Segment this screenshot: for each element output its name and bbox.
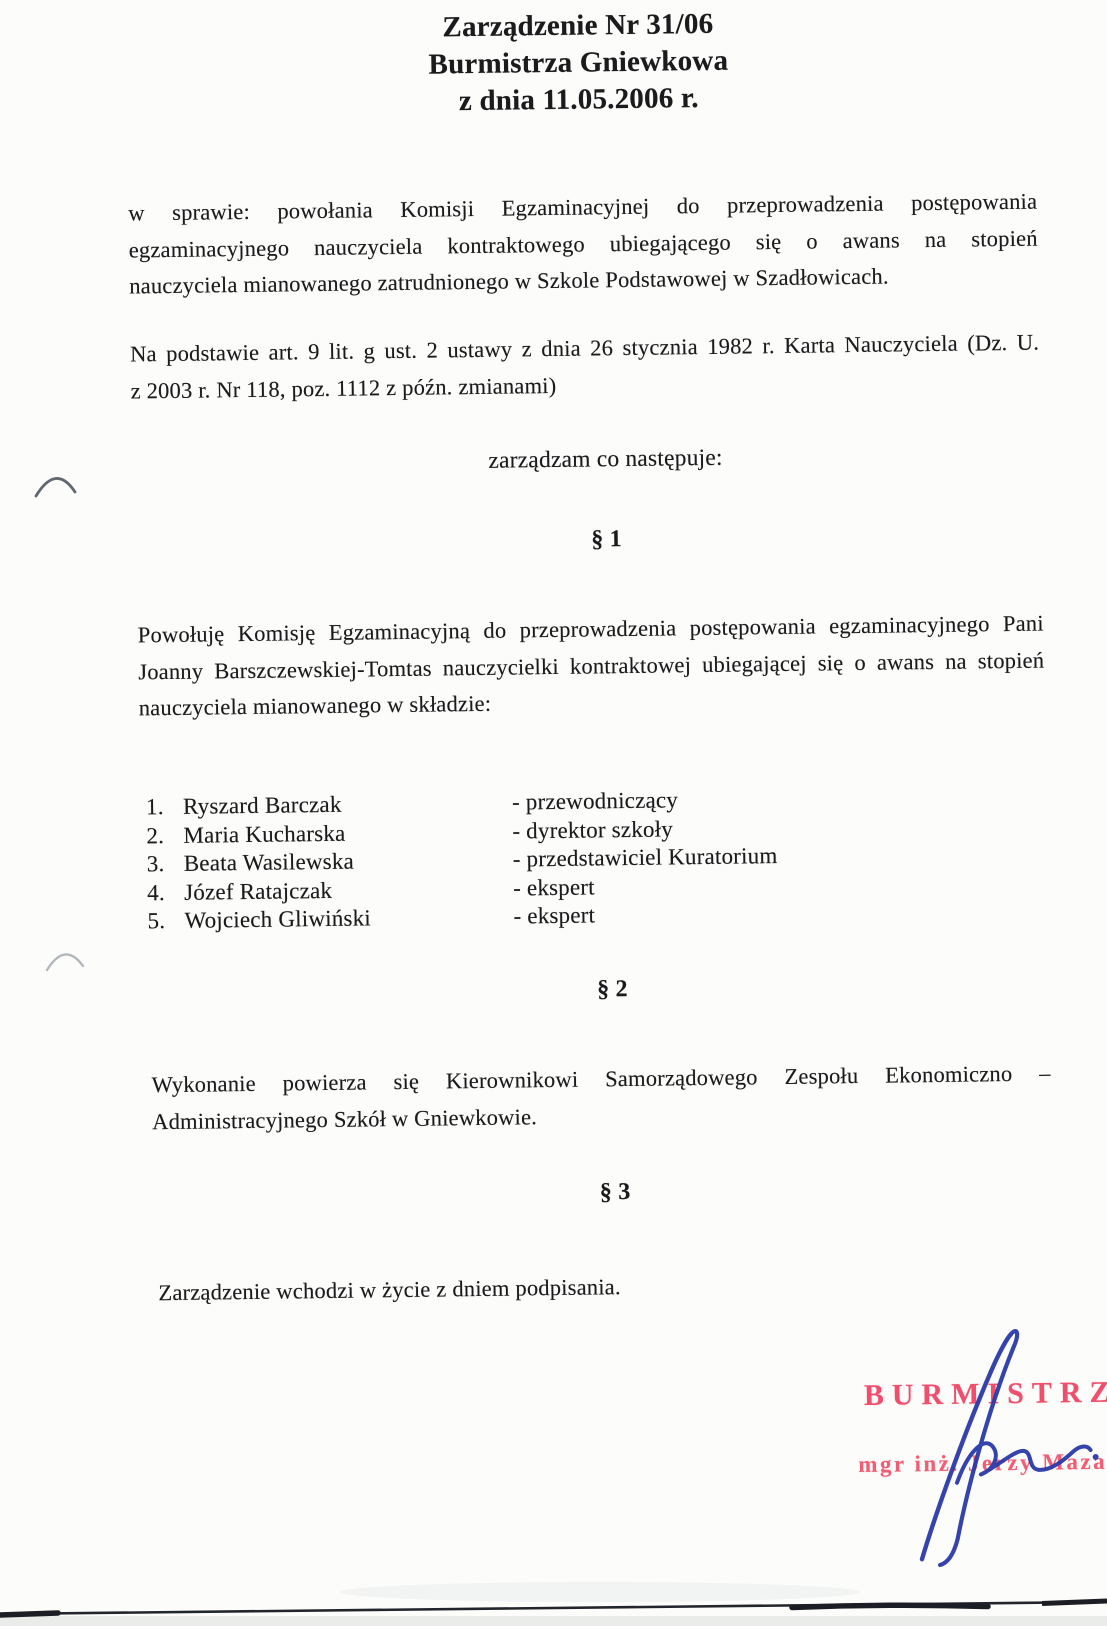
member-name: Wojciech Gliwiński xyxy=(184,903,513,936)
member-number: 5. xyxy=(147,907,184,936)
section-1-body: Powołuję Komisję Egzaminacyjną do przepr… xyxy=(138,606,1045,727)
member-role: - przedstawiciel Kuratorium xyxy=(513,842,778,874)
member-number: 1. xyxy=(146,793,183,822)
member-number: 2. xyxy=(146,821,183,850)
member-name: Maria Kucharska xyxy=(183,817,512,850)
member-name: Ryszard Barczak xyxy=(183,789,512,822)
member-role: - przewodniczący xyxy=(512,786,678,817)
committee-list: 1. Ryszard Barczak - przewodniczący 2. M… xyxy=(146,785,779,936)
member-number: 3. xyxy=(147,850,184,879)
section-2-body: Wykonanie powierza się Kierownikowi Samo… xyxy=(151,1056,1051,1141)
member-name: Józef Ratajczak xyxy=(184,874,513,907)
section-3-line: Zarządzenie wchodzi w życie z dniem podp… xyxy=(158,1263,1058,1311)
subject-paragraph: w sprawie: powołania Komisji Egzaminacyj… xyxy=(128,184,1038,305)
document-page: Zarządzenie Nr 31/06 Burmistrza Gniewkow… xyxy=(0,0,1107,1626)
section-1-mark: § 1 xyxy=(136,520,1076,559)
section-3-body: Zarządzenie wchodzi w życie z dniem podp… xyxy=(158,1263,1058,1311)
scanned-content: Zarządzenie Nr 31/06 Burmistrza Gniewkow… xyxy=(0,0,1107,1626)
signature-ink xyxy=(859,1309,1106,1568)
member-role: - dyrektor szkoły xyxy=(512,815,673,846)
member-role: - ekspert xyxy=(513,873,595,903)
member-number: 4. xyxy=(147,878,184,907)
section-3-mark: § 3 xyxy=(145,1173,1085,1212)
ordinance-title: Zarządzenie Nr 31/06 Burmistrza Gniewkow… xyxy=(130,2,1027,125)
section-2-mark: § 2 xyxy=(142,970,1082,1009)
order-clause: zarządzam co następuje: xyxy=(135,440,1075,479)
legal-basis-paragraph: Na podstawie art. 9 lit. g ust. 2 ustawy… xyxy=(130,324,1040,410)
member-role: - ekspert xyxy=(513,901,595,931)
member-name: Beata Wasilewska xyxy=(184,846,513,879)
